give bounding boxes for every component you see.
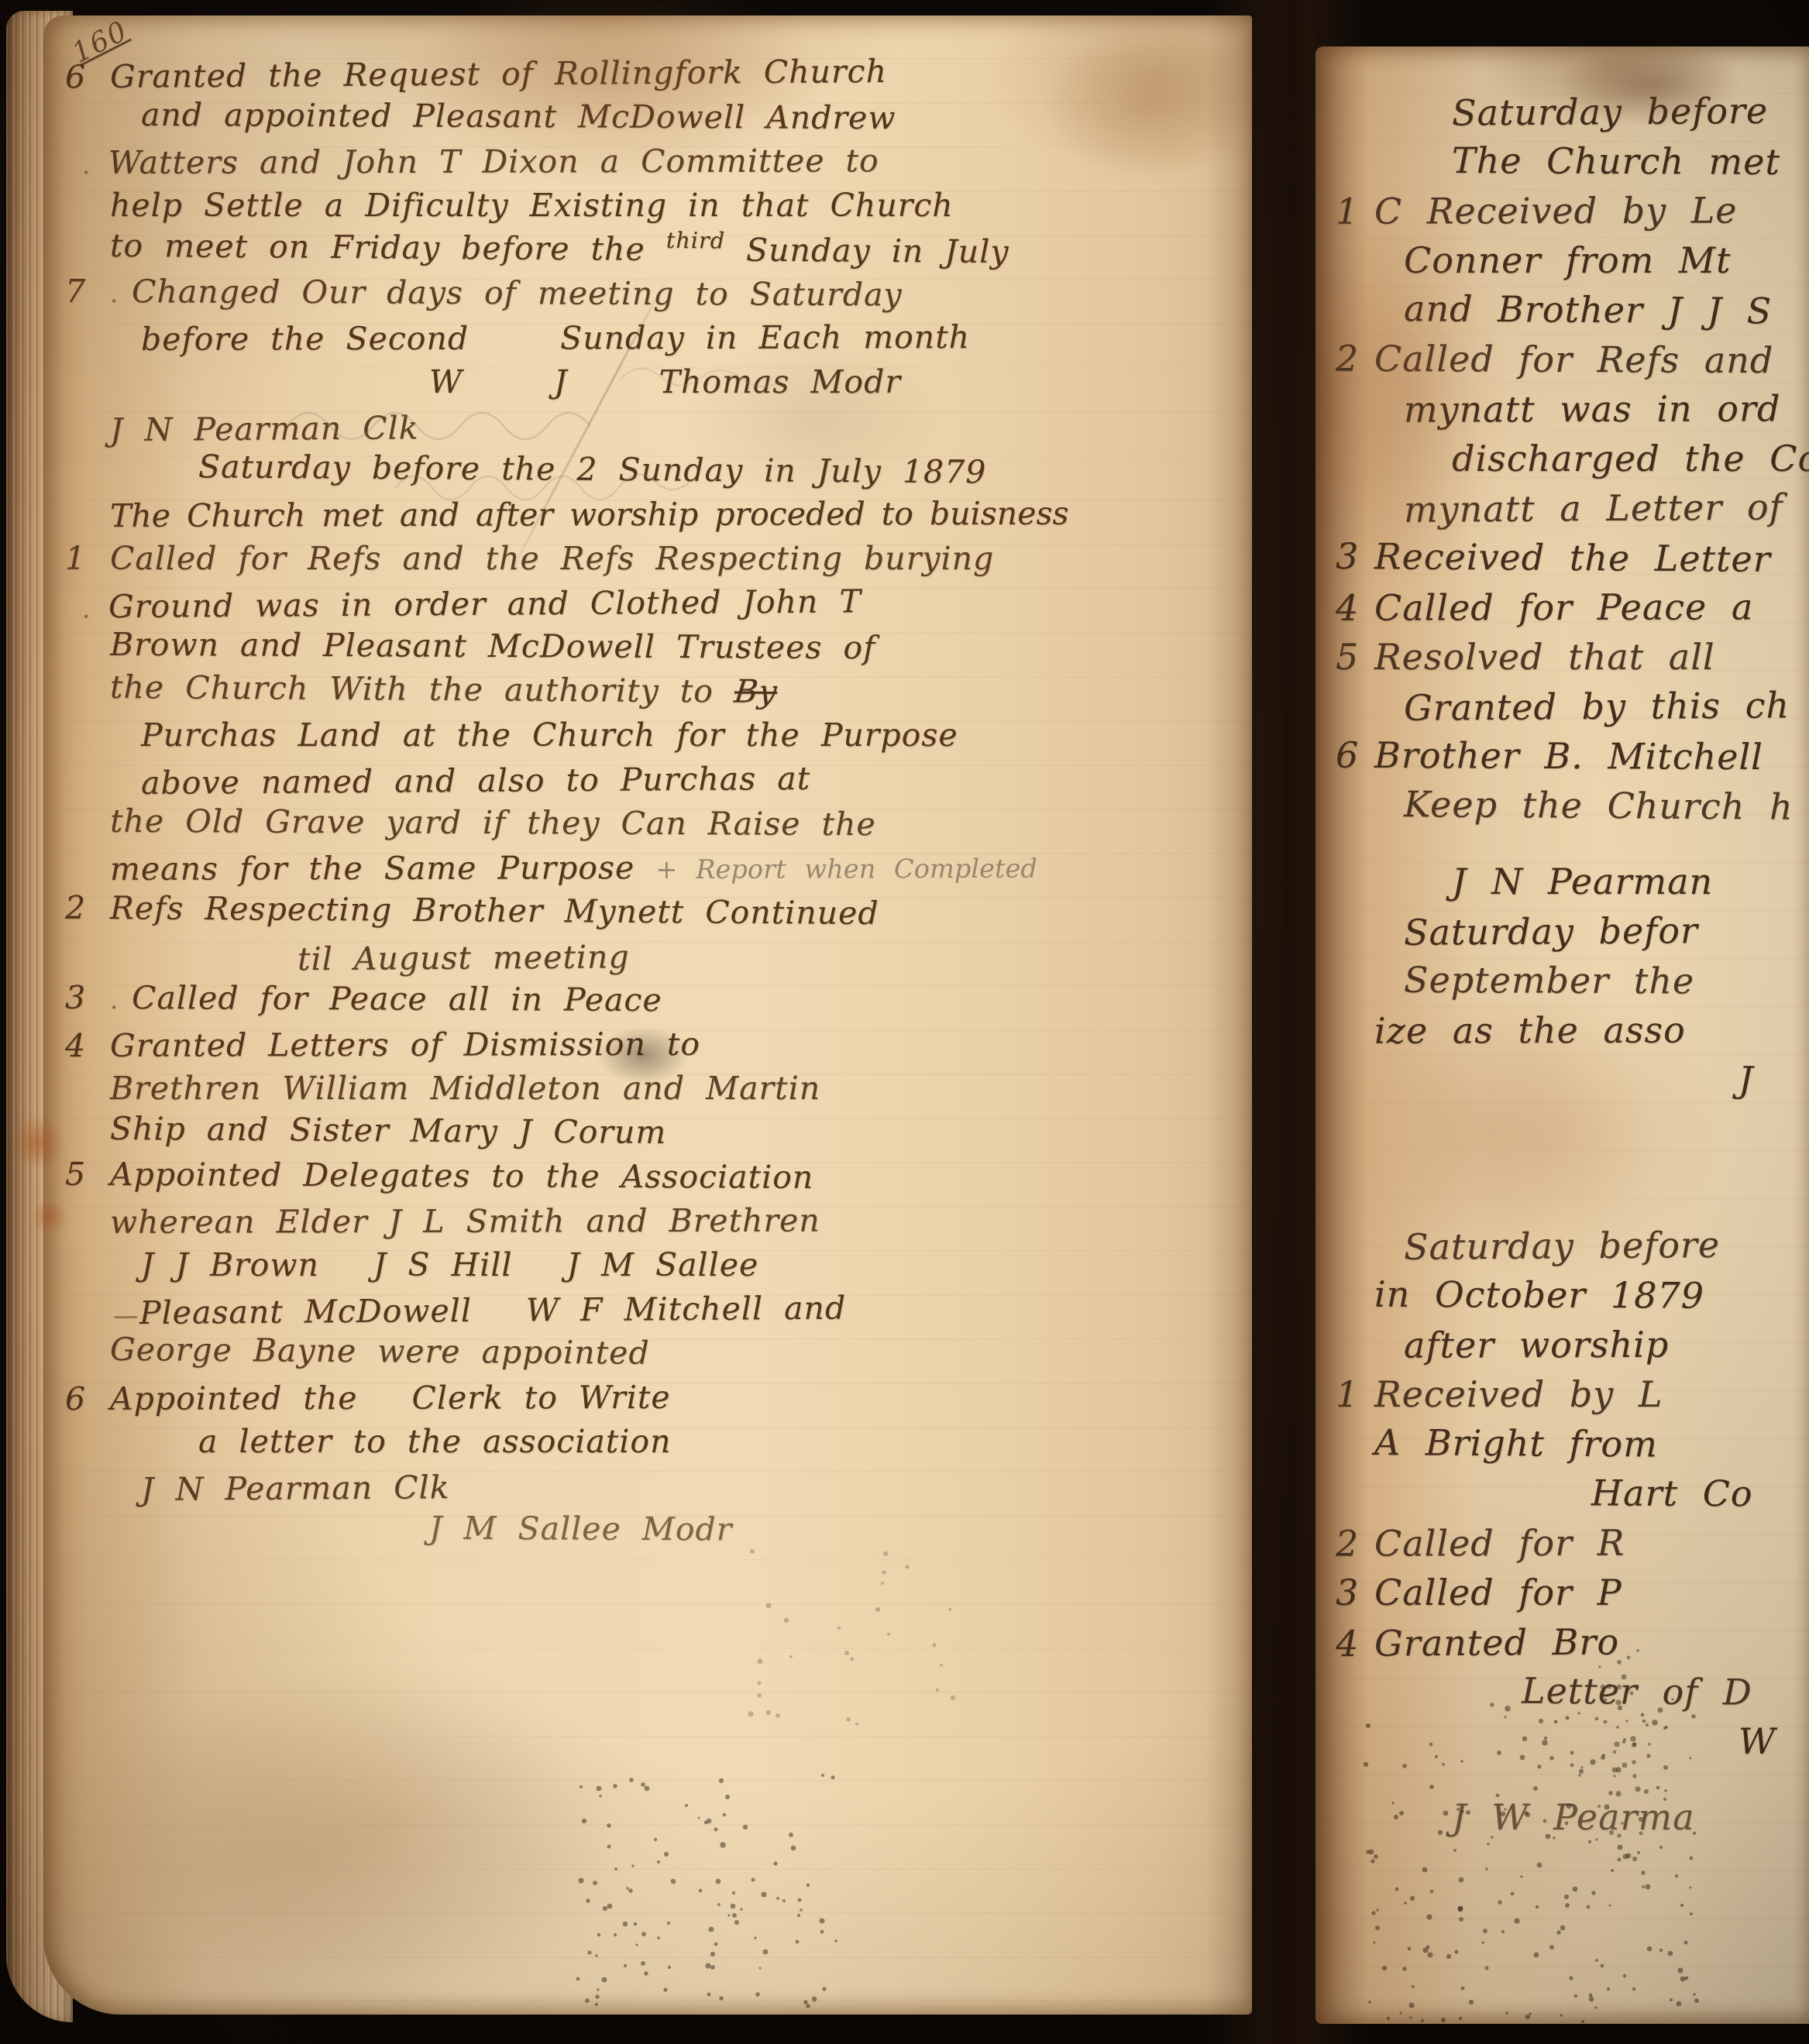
handwritten-text: third — [666, 227, 726, 254]
margin-mark: . — [110, 978, 132, 1022]
handwritten-text: September the — [1404, 959, 1694, 1002]
handwritten-text: til August meeting — [297, 938, 630, 977]
item-number: 3 — [65, 976, 110, 1020]
right-page-text: Saturday beforeThe Church met1C Received… — [1315, 46, 1809, 2024]
handwritten-text: Called for Peace a — [1374, 586, 1753, 628]
handwritten-text: By — [732, 670, 780, 714]
manuscript-line: mynatt a Letter of — [1404, 482, 1809, 534]
manuscript-line: J J BrownJ S HillJ M Sallee — [141, 1243, 1236, 1287]
manuscript-line: The Church met — [1452, 136, 1809, 187]
handwritten-text: Appointed Delegates to the Association — [110, 1156, 813, 1196]
handwritten-text: George Bayne were appointed — [110, 1331, 650, 1372]
item-number: 5 — [65, 1153, 110, 1197]
manuscript-line: 7.Changed Our days of meeting to Saturda… — [65, 270, 1236, 319]
handwritten-text: Ship and Sister Mary J Corum — [110, 1110, 667, 1151]
manuscript-line: WJThomas Modr — [429, 360, 1236, 404]
item-number: 4 — [65, 1024, 110, 1068]
manuscript-line: 1Called for Refs and the Refs Respecting… — [65, 537, 1236, 581]
item-number: 4 — [1336, 1619, 1374, 1668]
handwritten-text: Pleasant McDowell — [139, 1292, 472, 1331]
manuscript-line: Conner from Mt — [1404, 235, 1809, 285]
item-number: 6 — [65, 1377, 110, 1421]
right-page: Saturday beforeThe Church met1C Received… — [1315, 46, 1809, 2024]
handwritten-text: Saturday before the 2 Sunday in July 187… — [198, 448, 987, 490]
handwritten-text: wherean Elder J L Smith and Brethren — [110, 1202, 820, 1241]
manuscript-line: .Ground was in order and Clothed John T — [110, 577, 1236, 629]
handwritten-text: C Received by Le — [1374, 189, 1738, 232]
item-number: 2 — [1336, 334, 1374, 383]
handwritten-text: Purchas Land at the Church for the Purpo… — [141, 716, 958, 754]
handwritten-text: Ground was in order and Clothed John T — [108, 582, 862, 625]
item-number: 6 — [1336, 730, 1374, 780]
manuscript-line: above named and also to Purchas at — [141, 754, 1236, 806]
manuscript-line: and appointed Pleasant McDowell Andrew — [141, 93, 1236, 142]
handwritten-text: J N Pearman Clk — [141, 1469, 450, 1508]
handwritten-text: W — [1738, 1720, 1776, 1762]
manuscript-line: 6Granted the Request of Rollingfork Chur… — [65, 47, 1236, 100]
handwritten-text: J M Sallee — [567, 1246, 759, 1283]
handwritten-text: Hart Co — [1591, 1472, 1753, 1514]
handwritten-text: The Church met — [1452, 139, 1780, 183]
manuscript-line: J W Pearma — [1452, 1792, 1809, 1842]
handwritten-text: Brown and Pleasant McDowell Trustees of — [110, 626, 876, 666]
handwritten-text: Resolved that all — [1374, 636, 1715, 678]
manuscript-line: J N Pearman Clk — [141, 1460, 1236, 1512]
manuscript-line: in October 1879 — [1374, 1269, 1809, 1321]
manuscript-line: 2Called for R — [1336, 1517, 1809, 1568]
manuscript-line: 6Appointed theClerk to Write — [65, 1374, 1236, 1421]
manuscript-line: 1C Received by Le — [1336, 185, 1809, 236]
item-number: 7 — [65, 270, 110, 314]
manuscript-line: 1Received by L — [1336, 1369, 1809, 1419]
handwritten-text: and appointed Pleasant McDowell Andrew — [141, 96, 896, 136]
item-number: 1 — [1336, 1369, 1374, 1419]
manuscript-line: The Church met and after worship procede… — [110, 491, 1236, 538]
handwritten-text: Saturday before — [1404, 1224, 1720, 1268]
handwritten-text: Saturday befor — [1404, 909, 1698, 953]
handwritten-text: J — [1738, 1059, 1754, 1101]
item-number: 1 — [1336, 187, 1374, 236]
margin-mark: . — [82, 587, 108, 631]
left-page-text: 6Granted the Request of Rollingfork Chur… — [43, 15, 1252, 2015]
item-number: 5 — [1336, 632, 1374, 682]
manuscript-line: Ship and Sister Mary J Corum — [110, 1107, 1236, 1159]
handwritten-text: J N Pearman — [1452, 861, 1713, 902]
handwritten-text: Saturday before — [1452, 90, 1768, 134]
handwritten-text: Called for Refs and — [1374, 338, 1774, 381]
item-number: 3 — [1336, 1568, 1374, 1617]
handwritten-text: means for the Same Purpose — [110, 849, 655, 888]
handwritten-text: Appointed the — [110, 1379, 358, 1417]
manuscript-line: Saturday before — [1404, 1219, 1809, 1272]
manuscript-line: Keep the Church h — [1404, 779, 1809, 832]
manuscript-line: Brethren William Middleton and Martin — [110, 1067, 1236, 1111]
handwritten-text: a letter to the association — [198, 1423, 671, 1460]
manuscript-line: means for the Same Purpose + Report when… — [110, 844, 1236, 891]
handwritten-text: W — [429, 363, 463, 400]
handwritten-text: J M Sallee Modr — [429, 1510, 733, 1548]
handwritten-text: J S Hill — [373, 1246, 513, 1283]
manuscript-line: til August meeting — [297, 931, 1236, 981]
manuscript-line: help Settle a Dificulty Existing in that… — [110, 184, 1236, 228]
item-number: 4 — [1336, 583, 1374, 633]
book-spread: 160 6Granted the Request of Rollingfork … — [0, 0, 1809, 2044]
manuscript-line: A Bright from — [1374, 1417, 1809, 1470]
handwritten-text: The Church met and after worship procede… — [110, 495, 1069, 534]
item-number: 1 — [65, 537, 110, 581]
handwritten-text: Called for Peace all in Peace — [132, 979, 662, 1019]
manuscript-line: 5Appointed Delegates to the Association — [65, 1153, 1236, 1202]
handwritten-text: discharged the Co — [1452, 438, 1809, 479]
handwritten-text: Called for P — [1374, 1572, 1622, 1613]
handwritten-text: Keep the Church h — [1404, 783, 1794, 828]
manuscript-line: Purchas Land at the Church for the Purpo… — [141, 713, 1236, 757]
manuscript-line: 4Called for Peace a — [1336, 582, 1809, 633]
handwritten-text: before the Second — [141, 320, 469, 358]
manuscript-line: a letter to the association — [198, 1420, 1236, 1464]
handwritten-text: J J Brown — [141, 1246, 319, 1283]
handwritten-text: J — [554, 363, 567, 400]
handwritten-text: Granted Letters of Dismission to — [110, 1025, 700, 1064]
handwritten-text: in October 1879 — [1374, 1273, 1704, 1317]
manuscript-line: the Old Grave yard if they Can Raise the — [110, 799, 1236, 848]
handwritten-text: + Report when Completed — [655, 854, 1037, 885]
manuscript-line: Saturday before the 2 Sunday in July 187… — [198, 445, 1236, 496]
manuscript-line: discharged the Co — [1452, 434, 1809, 483]
manuscript-line: J N Pearman Clk — [110, 400, 1236, 452]
manuscript-line: after worship — [1404, 1319, 1809, 1369]
manuscript-line: Letter of D — [1522, 1666, 1809, 1718]
manuscript-line: wherean Elder J L Smith and Brethren — [110, 1197, 1236, 1245]
manuscript-line: 6Brother B. Mitchell — [1336, 730, 1809, 782]
handwritten-text: Received by L — [1374, 1373, 1663, 1415]
manuscript-line: 5Resolved that all — [1336, 632, 1809, 682]
manuscript-line: 2Refs Respecting Brother Mynett Continue… — [65, 886, 1236, 939]
handwritten-text: Conner from Mt — [1404, 239, 1732, 281]
handwritten-text: ize as the asso — [1374, 1009, 1686, 1052]
handwritten-text: mynatt was in ord — [1404, 387, 1781, 430]
handwritten-text: Refs Respecting Brother Mynett Continued — [110, 889, 879, 932]
handwritten-text: after worship — [1404, 1324, 1669, 1366]
manuscript-line: Saturday before — [1452, 85, 1809, 137]
handwritten-text: Brethren William Middleton and Martin — [110, 1070, 820, 1107]
item-number: 2 — [65, 886, 110, 930]
manuscript-line: J — [1738, 1055, 1809, 1105]
manuscript-line: Granted by this ch — [1404, 680, 1809, 733]
manuscript-line: 2Called for Refs and — [1336, 334, 1809, 386]
item-number: 2 — [1336, 1519, 1374, 1568]
margin-mark: . — [110, 272, 132, 316]
handwritten-text: Called for R — [1374, 1522, 1625, 1565]
handwritten-text: the Old Grave yard if they Can Raise the — [110, 802, 876, 843]
handwritten-text: Changed Our days of meeting to Saturday — [132, 273, 903, 313]
handwritten-text: Clerk to Write — [411, 1379, 670, 1417]
manuscript-line: —Pleasant McDowellW F Mitchell and — [141, 1283, 1236, 1335]
handwritten-text: the Church With the authority to — [110, 668, 734, 710]
manuscript-line: 3Received the Letter — [1336, 531, 1809, 584]
left-page: 160 6Granted the Request of Rollingfork … — [43, 15, 1252, 2015]
manuscript-line: 4Granted Letters of Dismission to — [65, 1021, 1236, 1068]
manuscript-line: mynatt was in ord — [1404, 383, 1809, 434]
manuscript-line: W — [1738, 1716, 1809, 1766]
manuscript-line: ize as the asso — [1374, 1005, 1809, 1055]
handwritten-text: W F Mitchell and — [526, 1290, 847, 1329]
handwritten-text: help Settle a Dificulty Existing in that… — [110, 187, 954, 224]
handwritten-text: Received the Letter — [1374, 535, 1771, 580]
handwritten-text: Brother B. Mitchell — [1374, 734, 1763, 778]
item-number: 6 — [65, 55, 110, 99]
margin-mark: . — [82, 143, 108, 187]
handwritten-text: to meet on Friday before the — [110, 227, 666, 268]
manuscript-line: before the SecondSunday in Each month — [141, 314, 1236, 362]
handwritten-text: mynatt a Letter of — [1404, 486, 1783, 530]
handwritten-text: J W Pearma — [1452, 1796, 1695, 1838]
manuscript-line: Brown and Pleasant McDowell Trustees of — [110, 623, 1236, 672]
manuscript-line: the Church With the authority to By — [110, 665, 1236, 717]
manuscript-line: .Watters and John T Dixon a Committee to — [110, 138, 1236, 185]
handwritten-text: J N Pearman Clk — [110, 409, 419, 448]
manuscript-line: to meet on Friday before the third Sunda… — [110, 224, 1236, 276]
handwritten-text: above named and also to Purchas at — [141, 760, 810, 802]
manuscript-line: 3Called for P — [1336, 1568, 1809, 1617]
handwritten-text: Granted by this ch — [1404, 684, 1790, 728]
manuscript-line: and Brother J J S — [1404, 283, 1809, 336]
manuscript-line: 3.Called for Peace all in Peace — [65, 976, 1236, 1025]
manuscript-line: September the — [1404, 955, 1809, 1006]
manuscript-line: Saturday befor — [1404, 905, 1809, 957]
handwritten-text: and Brother J J S — [1404, 287, 1773, 332]
handwritten-text: Thomas Modr — [659, 363, 901, 400]
item-number: 3 — [1336, 531, 1374, 581]
manuscript-line: 4Granted Bro — [1336, 1616, 1809, 1668]
manuscript-line: George Bayne were appointed — [110, 1328, 1236, 1379]
manuscript-line: J N Pearman — [1452, 857, 1809, 906]
handwritten-text: Sunday in Each month — [560, 318, 970, 356]
handwritten-text: Watters and John T Dixon a Committee to — [108, 142, 879, 181]
manuscript-line: Hart Co — [1591, 1468, 1809, 1518]
handwritten-text: Letter of D — [1522, 1670, 1752, 1713]
handwritten-text: Granted the Request of Rollingfork Churc… — [110, 53, 887, 95]
handwritten-text: Called for Refs and the Refs Respecting … — [110, 540, 994, 577]
handwritten-text: Sunday in July — [725, 231, 1009, 270]
handwritten-text: A Bright from — [1374, 1421, 1658, 1465]
manuscript-line: J M Sallee Modr — [429, 1506, 1236, 1554]
handwritten-text: Granted Bro — [1374, 1621, 1619, 1664]
